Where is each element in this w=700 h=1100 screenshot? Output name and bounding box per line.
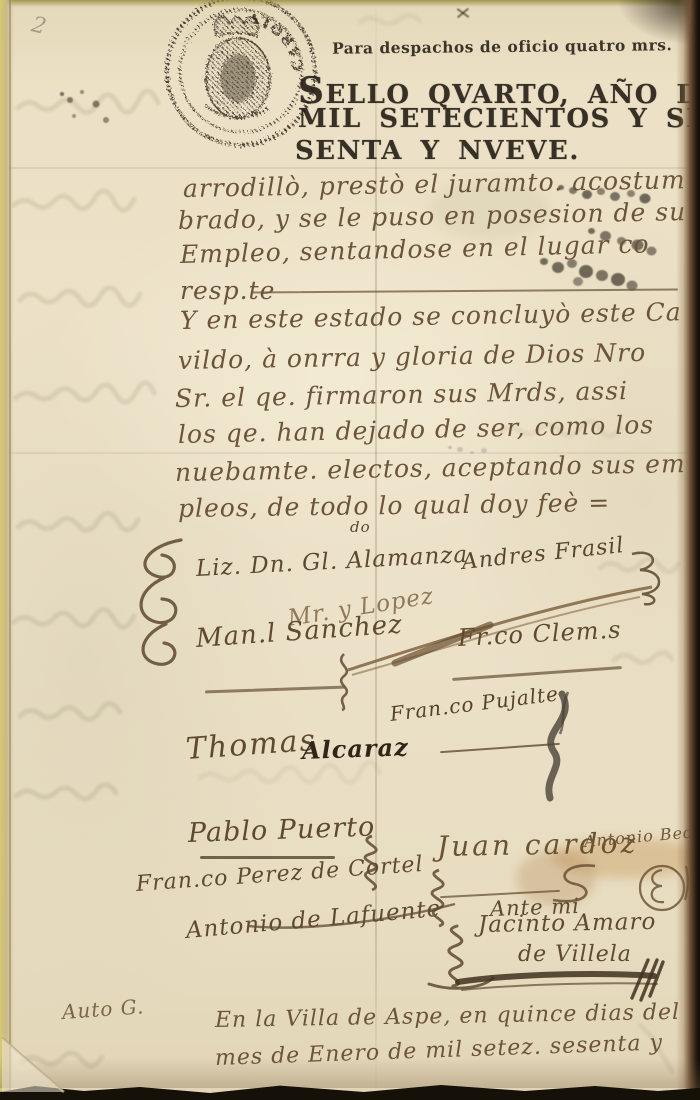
fee-line: Para despachos de oficio quatro mrs. (332, 35, 673, 58)
bottom-left-fold (0, 1030, 80, 1100)
signature-pablo-puerto: Pablo Puerto (187, 811, 375, 849)
signature-jacinto-amaro: Jacinto Amaro (478, 909, 657, 938)
cross-mark (456, 6, 470, 20)
rubric-sanchez (330, 650, 360, 712)
ink-speck-cluster (60, 92, 64, 96)
rubric-flourish-left (126, 536, 206, 676)
title-line-2: MIL SETECIENTOS Y SE (298, 104, 700, 134)
ink-speck-light (448, 446, 452, 449)
signature-alcaraz: Alcaraz (301, 732, 409, 765)
rubric-villela (452, 952, 667, 1004)
title-line-3: SENTA Y NVEVE. (295, 136, 580, 166)
paragraph2-line6: pleos, de todo lo qual doy feè = (178, 488, 611, 523)
rubric-pujalte (520, 690, 580, 802)
manuscript-page: CAROLVS 2 Para despachos de oficio quatr… (0, 0, 700, 1100)
signature-licenciado-superscript: do (350, 518, 371, 536)
